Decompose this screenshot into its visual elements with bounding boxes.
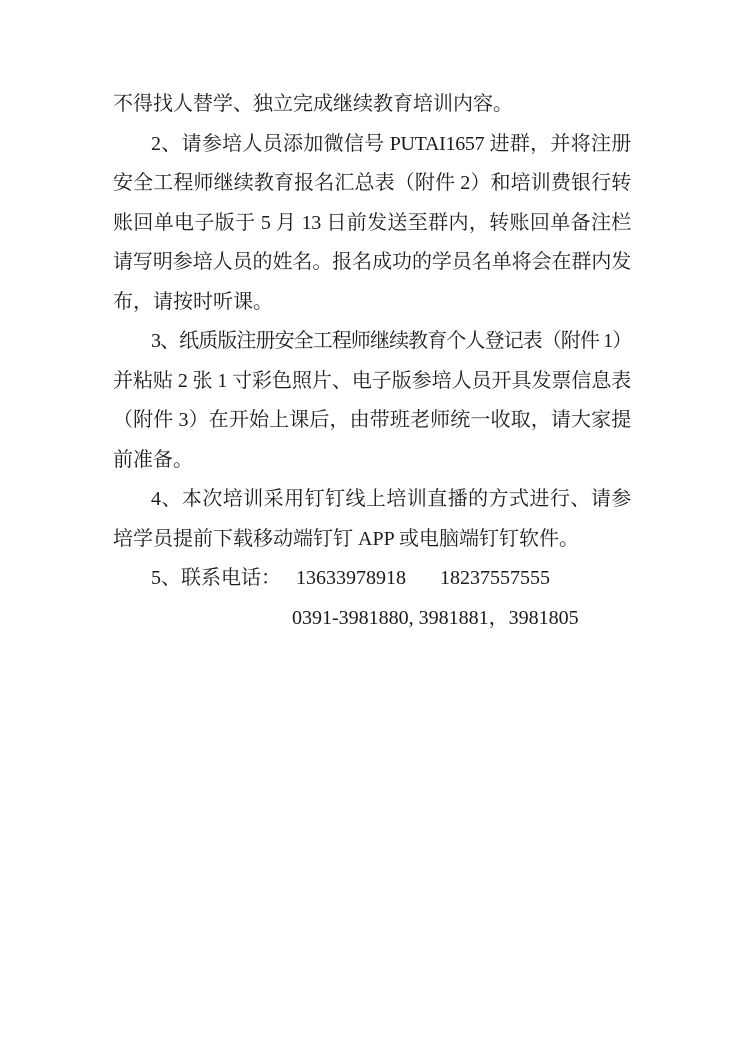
- phone-mobile-2: 18237557555: [440, 567, 550, 589]
- text-line-3: 安全工程师继续教育报名汇总表（附件 2）和培训费银行转: [113, 164, 631, 204]
- text-line-9: （附件 3）在开始上课后，由带班老师统一收取，请大家提: [113, 401, 631, 441]
- phone-mobile-1: 13633978918: [296, 567, 406, 589]
- notice-text-block: 不得找人替学、独立完成继续教育培训内容。 2、请参培人员添加微信号 PUTAI1…: [113, 85, 631, 638]
- document-page: { "page": { "background": "#ffffff", "te…: [0, 0, 744, 1053]
- text-line-4: 账回单电子版于 5 月 13 日前发送至群内，转账回单备注栏: [113, 204, 631, 244]
- contact-label: 5、联系电话：: [151, 567, 281, 589]
- spacer: [281, 583, 296, 584]
- spacer: [406, 583, 440, 584]
- text-line-6: 布，请按时听课。: [113, 283, 631, 323]
- text-line-7: 3、纸质版注册安全工程师继续教育个人登记表（附件 1）: [113, 322, 631, 362]
- text-line-8: 并粘贴 2 张 1 寸彩色照片、电子版参培人员开具发票信息表: [113, 362, 631, 402]
- text-line-2: 2、请参培人员添加微信号 PUTAI1657 进群，并将注册: [113, 125, 631, 165]
- text-line-10: 前准备。: [113, 441, 631, 481]
- contact-phone-line: 5、联系电话：1363397891818237557555: [113, 559, 631, 599]
- phone-landline-line: 0391-3981880, 3981881，3981805: [292, 599, 631, 639]
- text-line-11: 4、本次培训采用钉钉线上培训直播的方式进行、请参: [113, 480, 631, 520]
- text-line-1: 不得找人替学、独立完成继续教育培训内容。: [113, 85, 631, 125]
- text-line-12: 培学员提前下载移动端钉钉 APP 或电脑端钉钉软件。: [113, 520, 631, 560]
- text-line-5: 请写明参培人员的姓名。报名成功的学员名单将会在群内发: [113, 243, 631, 283]
